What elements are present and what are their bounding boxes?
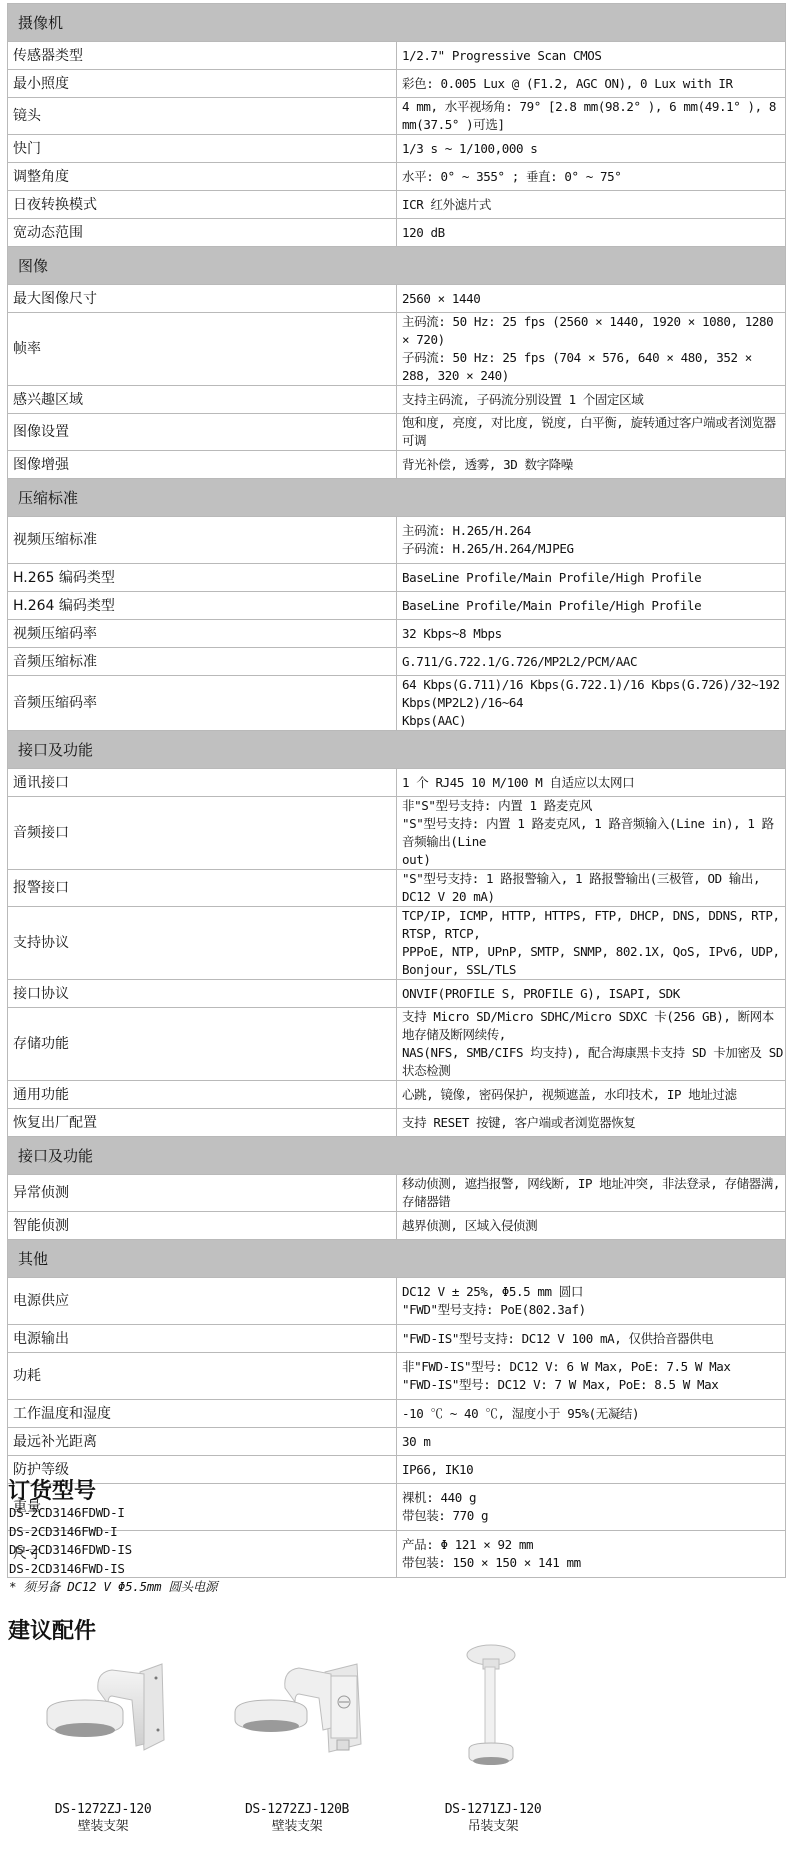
spec-value: IP66, IK10 [397,1456,786,1484]
spec-row: 防护等级IP66, IK10 [8,1456,786,1484]
spec-label: 视频压缩码率 [8,620,397,648]
spec-value: 2560 × 1440 [397,285,786,313]
spec-value: 裸机: 440 g 带包装: 770 g [397,1484,786,1531]
spec-label: 电源供应 [8,1278,397,1325]
spec-label: 功耗 [8,1353,397,1400]
spec-value: 支持 Micro SD/Micro SDHC/Micro SDXC 卡(256 … [397,1008,786,1081]
spec-value: 1/2.7" Progressive Scan CMOS [397,42,786,70]
section-header: 接口及功能 [8,731,786,769]
spec-label: 通讯接口 [8,769,397,797]
pendant-mount-bracket-icon [465,1643,517,1773]
spec-row: 日夜转换模式ICR 红外滤片式 [8,191,786,219]
spec-label: 日夜转换模式 [8,191,397,219]
spec-value: ONVIF(PROFILE S, PROFILE G), ISAPI, SDK [397,980,786,1008]
spec-row: 调整角度水平: 0° ~ 355° ; 垂直: 0° ~ 75° [8,163,786,191]
spec-value: 非"FWD-IS"型号: DC12 V: 6 W Max, PoE: 7.5 W… [397,1353,786,1400]
accessory-name: 吊装支架 [413,1818,573,1835]
spec-label: 宽动态范围 [8,219,397,247]
spec-row: 电源供应DC12 V ± 25%, Φ5.5 mm 圆口 "FWD"型号支持: … [8,1278,786,1325]
spec-row: 恢复出厂配置支持 RESET 按键, 客户端或者浏览器恢复 [8,1109,786,1137]
ordering-title: 订货型号 [8,1474,96,1505]
section-header: 接口及功能 [8,1137,786,1175]
model-item: DS-2CD3146FDWD-IS [9,1541,217,1560]
spec-value: 120 dB [397,219,786,247]
spec-row: 快门1/3 s ~ 1/100,000 s [8,135,786,163]
spec-label: 图像设置 [8,414,397,451]
spec-value: 支持 RESET 按键, 客户端或者浏览器恢复 [397,1109,786,1137]
spec-value: 1/3 s ~ 1/100,000 s [397,135,786,163]
section-title: 摄像机 [8,4,786,42]
spec-value: ICR 红外滤片式 [397,191,786,219]
spec-value: TCP/IP, ICMP, HTTP, HTTPS, FTP, DHCP, DN… [397,907,786,980]
spec-row: 接口协议ONVIF(PROFILE S, PROFILE G), ISAPI, … [8,980,786,1008]
spec-row: H.264 编码类型BaseLine Profile/Main Profile/… [8,592,786,620]
section-header: 图像 [8,247,786,285]
spec-row: 最大图像尺寸2560 × 1440 [8,285,786,313]
model-item: DS-2CD3146FDWD-I [9,1504,217,1523]
spec-row: 异常侦测移动侦测, 遮挡报警, 网线断, IP 地址冲突, 非法登录, 存储器满… [8,1175,786,1212]
spec-label: 报警接口 [8,870,397,907]
spec-row: 通讯接口1 个 RJ45 10 M/100 M 自适应以太网口 [8,769,786,797]
spec-value: -10 ℃ ~ 40 ℃, 湿度小于 95%(无凝结) [397,1400,786,1428]
spec-value: 非"S"型号支持: 内置 1 路麦克风 "S"型号支持: 内置 1 路麦克风, … [397,797,786,870]
spec-value: 移动侦测, 遮挡报警, 网线断, IP 地址冲突, 非法登录, 存储器满, 存储… [397,1175,786,1212]
spec-row: 工作温度和湿度-10 ℃ ~ 40 ℃, 湿度小于 95%(无凝结) [8,1400,786,1428]
accessory-caption: DS-1272ZJ-120 壁装支架 [23,1801,183,1835]
spec-label: 存储功能 [8,1008,397,1081]
spec-row: 电源输出"FWD-IS"型号支持: DC12 V 100 mA, 仅供拾音器供电 [8,1325,786,1353]
accessories-title: 建议配件 [8,1614,96,1645]
model-item: DS-2CD3146FWD-IS [9,1560,217,1579]
spec-label: 最小照度 [8,70,397,98]
spec-value: 32 Kbps~8 Mbps [397,620,786,648]
spec-value: 背光补偿, 透雾, 3D 数字降噪 [397,451,786,479]
spec-row: 智能侦测越界侦测, 区域入侵侦测 [8,1212,786,1240]
spec-value: "S"型号支持: 1 路报警输入, 1 路报警输出(三极管, OD 输出, DC… [397,870,786,907]
spec-row: 镜头4 mm, 水平视场角: 79° [2.8 mm(98.2° ), 6 mm… [8,98,786,135]
spec-value: 水平: 0° ~ 355° ; 垂直: 0° ~ 75° [397,163,786,191]
spec-value: 1 个 RJ45 10 M/100 M 自适应以太网口 [397,769,786,797]
spec-label: 智能侦测 [8,1212,397,1240]
spec-value: "FWD-IS"型号支持: DC12 V 100 mA, 仅供拾音器供电 [397,1325,786,1353]
spec-row: 图像设置饱和度, 亮度, 对比度, 锐度, 白平衡, 旋转通过客户端或者浏览器可… [8,414,786,451]
accessory-caption: DS-1272ZJ-120B 壁装支架 [217,1801,377,1835]
spec-row: H.265 编码类型BaseLine Profile/Main Profile/… [8,564,786,592]
spec-row: 感兴趣区域支持主码流, 子码流分别设置 1 个固定区域 [8,386,786,414]
section-title: 图像 [8,247,786,285]
spec-value: BaseLine Profile/Main Profile/High Profi… [397,564,786,592]
spec-label: 接口协议 [8,980,397,1008]
spec-label: 音频压缩码率 [8,676,397,731]
accessory-name: 壁装支架 [217,1818,377,1835]
section-title: 接口及功能 [8,731,786,769]
ordering-model-list: DS-2CD3146FDWD-I DS-2CD3146FWD-I DS-2CD3… [9,1504,217,1597]
spec-row: 音频压缩标准G.711/G.722.1/G.726/MP2L2/PCM/AAC [8,648,786,676]
accessory-model: DS-1271ZJ-120 [413,1801,573,1818]
spec-row: 通用功能心跳, 镜像, 密码保护, 视频遮盖, 水印技术, IP 地址过滤 [8,1081,786,1109]
wall-mount-bracket-icon [40,1660,170,1755]
spec-value: 心跳, 镜像, 密码保护, 视频遮盖, 水印技术, IP 地址过滤 [397,1081,786,1109]
spec-label: 视频压缩标准 [8,517,397,564]
accessory-name: 壁装支架 [23,1818,183,1835]
spec-row: 传感器类型1/2.7" Progressive Scan CMOS [8,42,786,70]
spec-label: 帧率 [8,313,397,386]
spec-value: G.711/G.722.1/G.726/MP2L2/PCM/AAC [397,648,786,676]
spec-value: 主码流: H.265/H.264 子码流: H.265/H.264/MJPEG [397,517,786,564]
spec-label: 支持协议 [8,907,397,980]
spec-label: 感兴趣区域 [8,386,397,414]
section-title: 压缩标准 [8,479,786,517]
spec-label: 调整角度 [8,163,397,191]
spec-value: 产品: Φ 121 × 92 mm 带包装: 150 × 150 × 141 m… [397,1531,786,1578]
section-title: 接口及功能 [8,1137,786,1175]
accessory-model: DS-1272ZJ-120 [23,1801,183,1818]
spec-value: 彩色: 0.005 Lux @ (F1.2, AGC ON), 0 Lux wi… [397,70,786,98]
spec-value: DC12 V ± 25%, Φ5.5 mm 圆口 "FWD"型号支持: PoE(… [397,1278,786,1325]
spec-label: 恢复出厂配置 [8,1109,397,1137]
spec-table: 摄像机传感器类型1/2.7" Progressive Scan CMOS最小照度… [7,3,786,1578]
wall-mount-bracket-junction-box-icon [233,1658,365,1758]
section-header: 压缩标准 [8,479,786,517]
spec-label: 异常侦测 [8,1175,397,1212]
spec-row: 最小照度彩色: 0.005 Lux @ (F1.2, AGC ON), 0 Lu… [8,70,786,98]
spec-row: 视频压缩码率32 Kbps~8 Mbps [8,620,786,648]
section-title: 其他 [8,1240,786,1278]
spec-row: 最远补光距离30 m [8,1428,786,1456]
section-header: 摄像机 [8,4,786,42]
spec-row: 支持协议TCP/IP, ICMP, HTTP, HTTPS, FTP, DHCP… [8,907,786,980]
spec-value: 主码流: 50 Hz: 25 fps (2560 × 1440, 1920 × … [397,313,786,386]
spec-label: H.264 编码类型 [8,592,397,620]
spec-label: 传感器类型 [8,42,397,70]
spec-label: 工作温度和湿度 [8,1400,397,1428]
accessory-model: DS-1272ZJ-120B [217,1801,377,1818]
spec-row: 音频接口非"S"型号支持: 内置 1 路麦克风 "S"型号支持: 内置 1 路麦… [8,797,786,870]
spec-value: 30 m [397,1428,786,1456]
spec-value: BaseLine Profile/Main Profile/High Profi… [397,592,786,620]
spec-label: 最远补光距离 [8,1428,397,1456]
accessory-caption: DS-1271ZJ-120 吊装支架 [413,1801,573,1835]
spec-row: 图像增强背光补偿, 透雾, 3D 数字降噪 [8,451,786,479]
spec-label: 快门 [8,135,397,163]
spec-label: 通用功能 [8,1081,397,1109]
spec-value: 64 Kbps(G.711)/16 Kbps(G.722.1)/16 Kbps(… [397,676,786,731]
spec-value: 4 mm, 水平视场角: 79° [2.8 mm(98.2° ), 6 mm(4… [397,98,786,135]
power-supply-note: * 须另备 DC12 V Φ5.5mm 圆头电源 [9,1578,217,1597]
spec-row: 宽动态范围120 dB [8,219,786,247]
spec-value: 支持主码流, 子码流分别设置 1 个固定区域 [397,386,786,414]
spec-row: 视频压缩标准主码流: H.265/H.264 子码流: H.265/H.264/… [8,517,786,564]
spec-label: 镜头 [8,98,397,135]
spec-row: 报警接口"S"型号支持: 1 路报警输入, 1 路报警输出(三极管, OD 输出… [8,870,786,907]
spec-label: 电源输出 [8,1325,397,1353]
spec-label: H.265 编码类型 [8,564,397,592]
spec-value: 越界侦测, 区域入侵侦测 [397,1212,786,1240]
model-item: DS-2CD3146FWD-I [9,1523,217,1542]
spec-row: 存储功能支持 Micro SD/Micro SDHC/Micro SDXC 卡(… [8,1008,786,1081]
spec-row: 功耗非"FWD-IS"型号: DC12 V: 6 W Max, PoE: 7.5… [8,1353,786,1400]
spec-label: 音频接口 [8,797,397,870]
spec-row: 音频压缩码率64 Kbps(G.711)/16 Kbps(G.722.1)/16… [8,676,786,731]
section-header: 其他 [8,1240,786,1278]
spec-label: 图像增强 [8,451,397,479]
spec-row: 帧率主码流: 50 Hz: 25 fps (2560 × 1440, 1920 … [8,313,786,386]
spec-label: 最大图像尺寸 [8,285,397,313]
spec-value: 饱和度, 亮度, 对比度, 锐度, 白平衡, 旋转通过客户端或者浏览器可调 [397,414,786,451]
spec-label: 音频压缩标准 [8,648,397,676]
